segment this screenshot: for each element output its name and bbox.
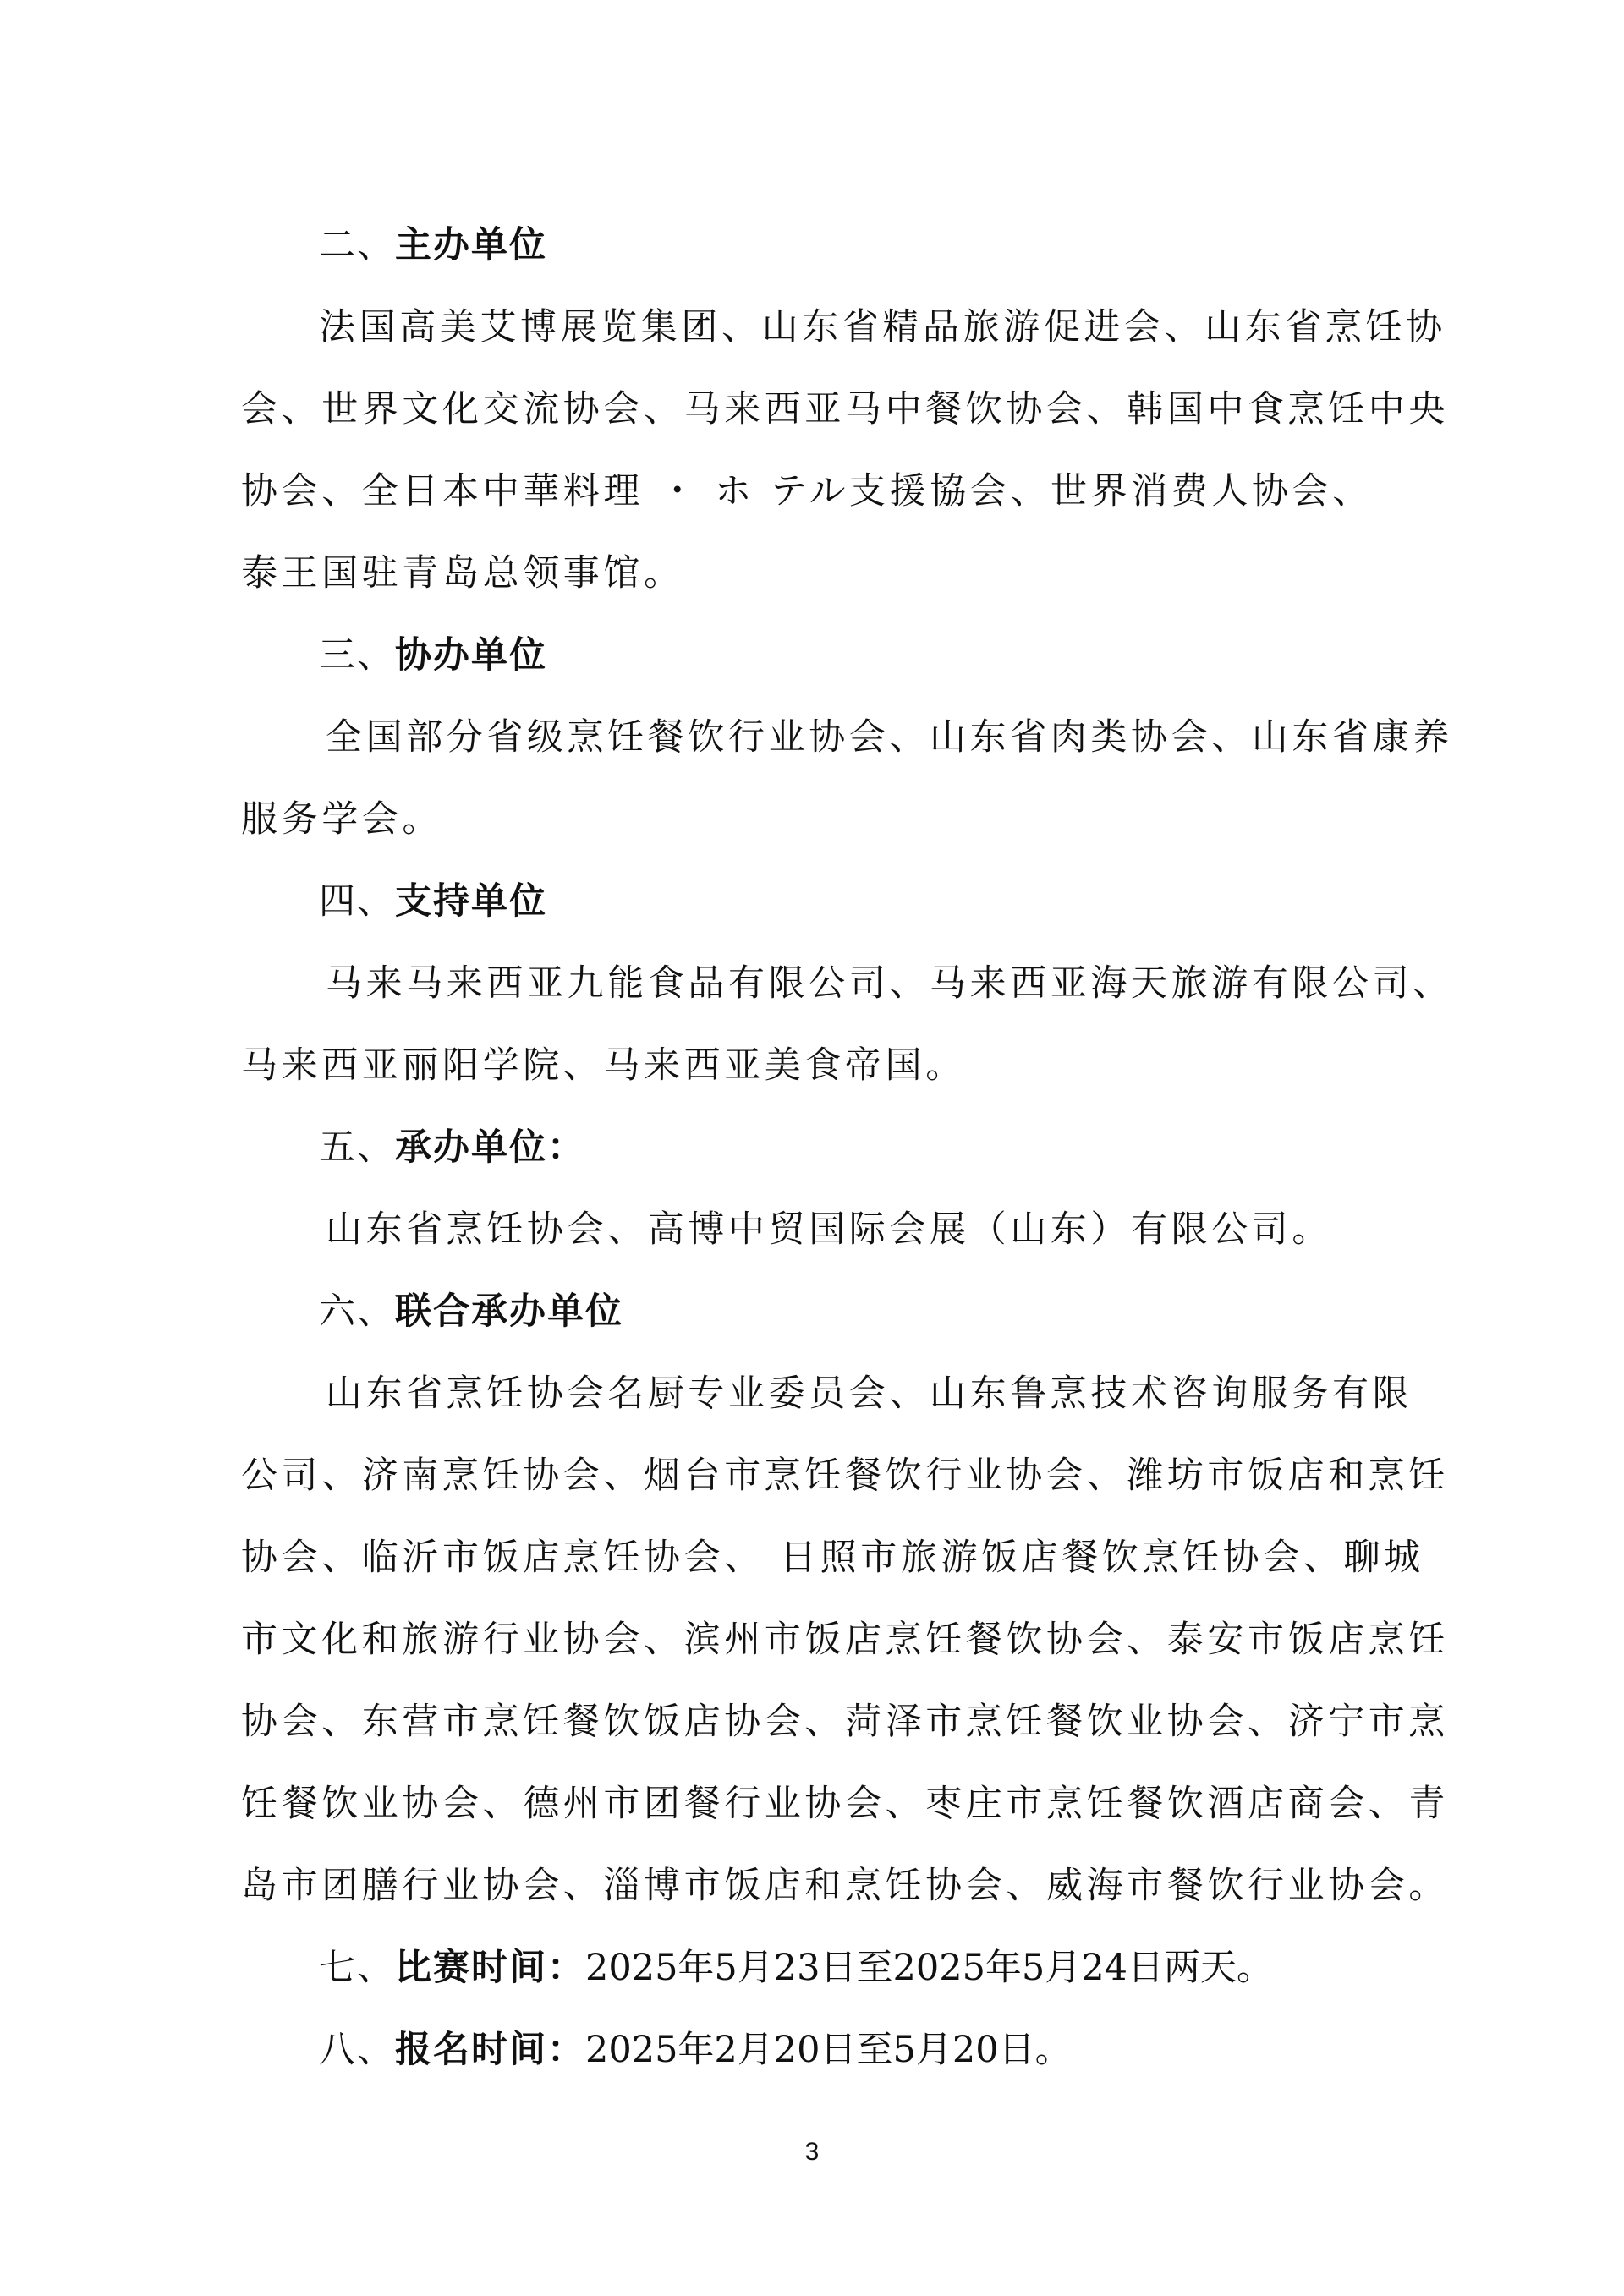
body-line: 协会、东营市烹饪餐饮饭店协会、菏泽市烹饪餐饮业协会、济宁市烹 [241, 1681, 1381, 1763]
section-number: 五、 [319, 1126, 395, 1169]
section-number: 八、 [319, 2029, 395, 2071]
body-line: 马来西亚丽阳学院、马来西亚美食帝国。 [241, 1025, 1381, 1107]
section-title: 承办单位： [395, 1126, 585, 1169]
section-title: 比赛时间： [395, 1947, 585, 1989]
body-line: 法国高美艾博展览集团、山东省精品旅游促进会、山东省烹饪协 [241, 287, 1381, 369]
section-number: 四、 [319, 880, 395, 923]
body-line: 会、世界文化交流协会、马来西亚马中餐饮协会、韩国中食烹饪中央 [241, 369, 1381, 451]
section-title: 支持单位 [395, 880, 547, 923]
section-number: 六、 [319, 1290, 395, 1333]
body-line: 饪餐饮业协会、德州市团餐行业协会、枣庄市烹饪餐饮酒店商会、青 [241, 1763, 1381, 1845]
body-line: 全国部分省级烹饪餐饮行业协会、山东省肉类协会、山东省康养 [241, 697, 1381, 779]
section-number: 三、 [319, 634, 395, 677]
section-title: 主办单位 [395, 224, 547, 266]
body-line: 协会、临沂市饭店烹饪协会、 日照市旅游饭店餐饮烹饪协会、聊城 [241, 1517, 1381, 1599]
section-title: 报名时间： [395, 2029, 585, 2071]
body-line: 市文化和旅游行业协会、滨州市饭店烹饪餐饮协会、泰安市饭店烹饪 [241, 1599, 1381, 1681]
section-heading-joint-hosts: 六、联合承办单位 [241, 1271, 1381, 1353]
body-line: 公司、济南烹饪协会、烟台市烹饪餐饮行业协会、潍坊市饭店和烹饪 [241, 1435, 1381, 1517]
body-line: 山东省烹饪协会名厨专业委员会、山东鲁烹技术咨询服务有限 [241, 1353, 1381, 1435]
section-competition-time: 七、比赛时间：2025年5月23日至2025年5月24日两天。 [241, 1927, 1381, 2009]
section-number: 七、 [319, 1947, 395, 1989]
body-line: 山东省烹饪协会、高博中贸国际会展（山东）有限公司。 [241, 1189, 1381, 1271]
section-number: 二、 [319, 224, 395, 266]
section-heading-hosts: 五、承办单位： [241, 1107, 1381, 1189]
section-heading-co-organizers: 三、协办单位 [241, 615, 1381, 697]
body-line: 服务学会。 [241, 779, 1381, 861]
body-line: 泰王国驻青岛总领事馆。 [241, 533, 1381, 615]
section-title: 协办单位 [395, 634, 547, 677]
section-heading-supporters: 四、支持单位 [241, 861, 1381, 943]
section-title: 联合承办单位 [395, 1290, 623, 1333]
registration-dates: 2025年2月20日至5月20日。 [585, 2029, 1072, 2071]
body-line: 岛市团膳行业协会、淄博市饭店和烹饪协会、威海市餐饮行业协会。 [241, 1845, 1381, 1927]
body-line: 协会、全日本中華料理 ・ ホ テル支援協会、世界消费人协会、 [241, 451, 1381, 533]
competition-dates: 2025年5月23日至2025年5月24日两天。 [585, 1947, 1273, 1989]
page-number: 3 [0, 2131, 1624, 2173]
section-heading-organizers: 二、主办单位 [241, 205, 1381, 287]
section-registration-time: 八、报名时间：2025年2月20日至5月20日。 [241, 2009, 1381, 2091]
body-line: 马来马来西亚九能食品有限公司、马来西亚海天旅游有限公司、 [241, 943, 1381, 1025]
document-page: 二、主办单位 法国高美艾博展览集团、山东省精品旅游促进会、山东省烹饪协 会、世界… [241, 205, 1381, 2091]
